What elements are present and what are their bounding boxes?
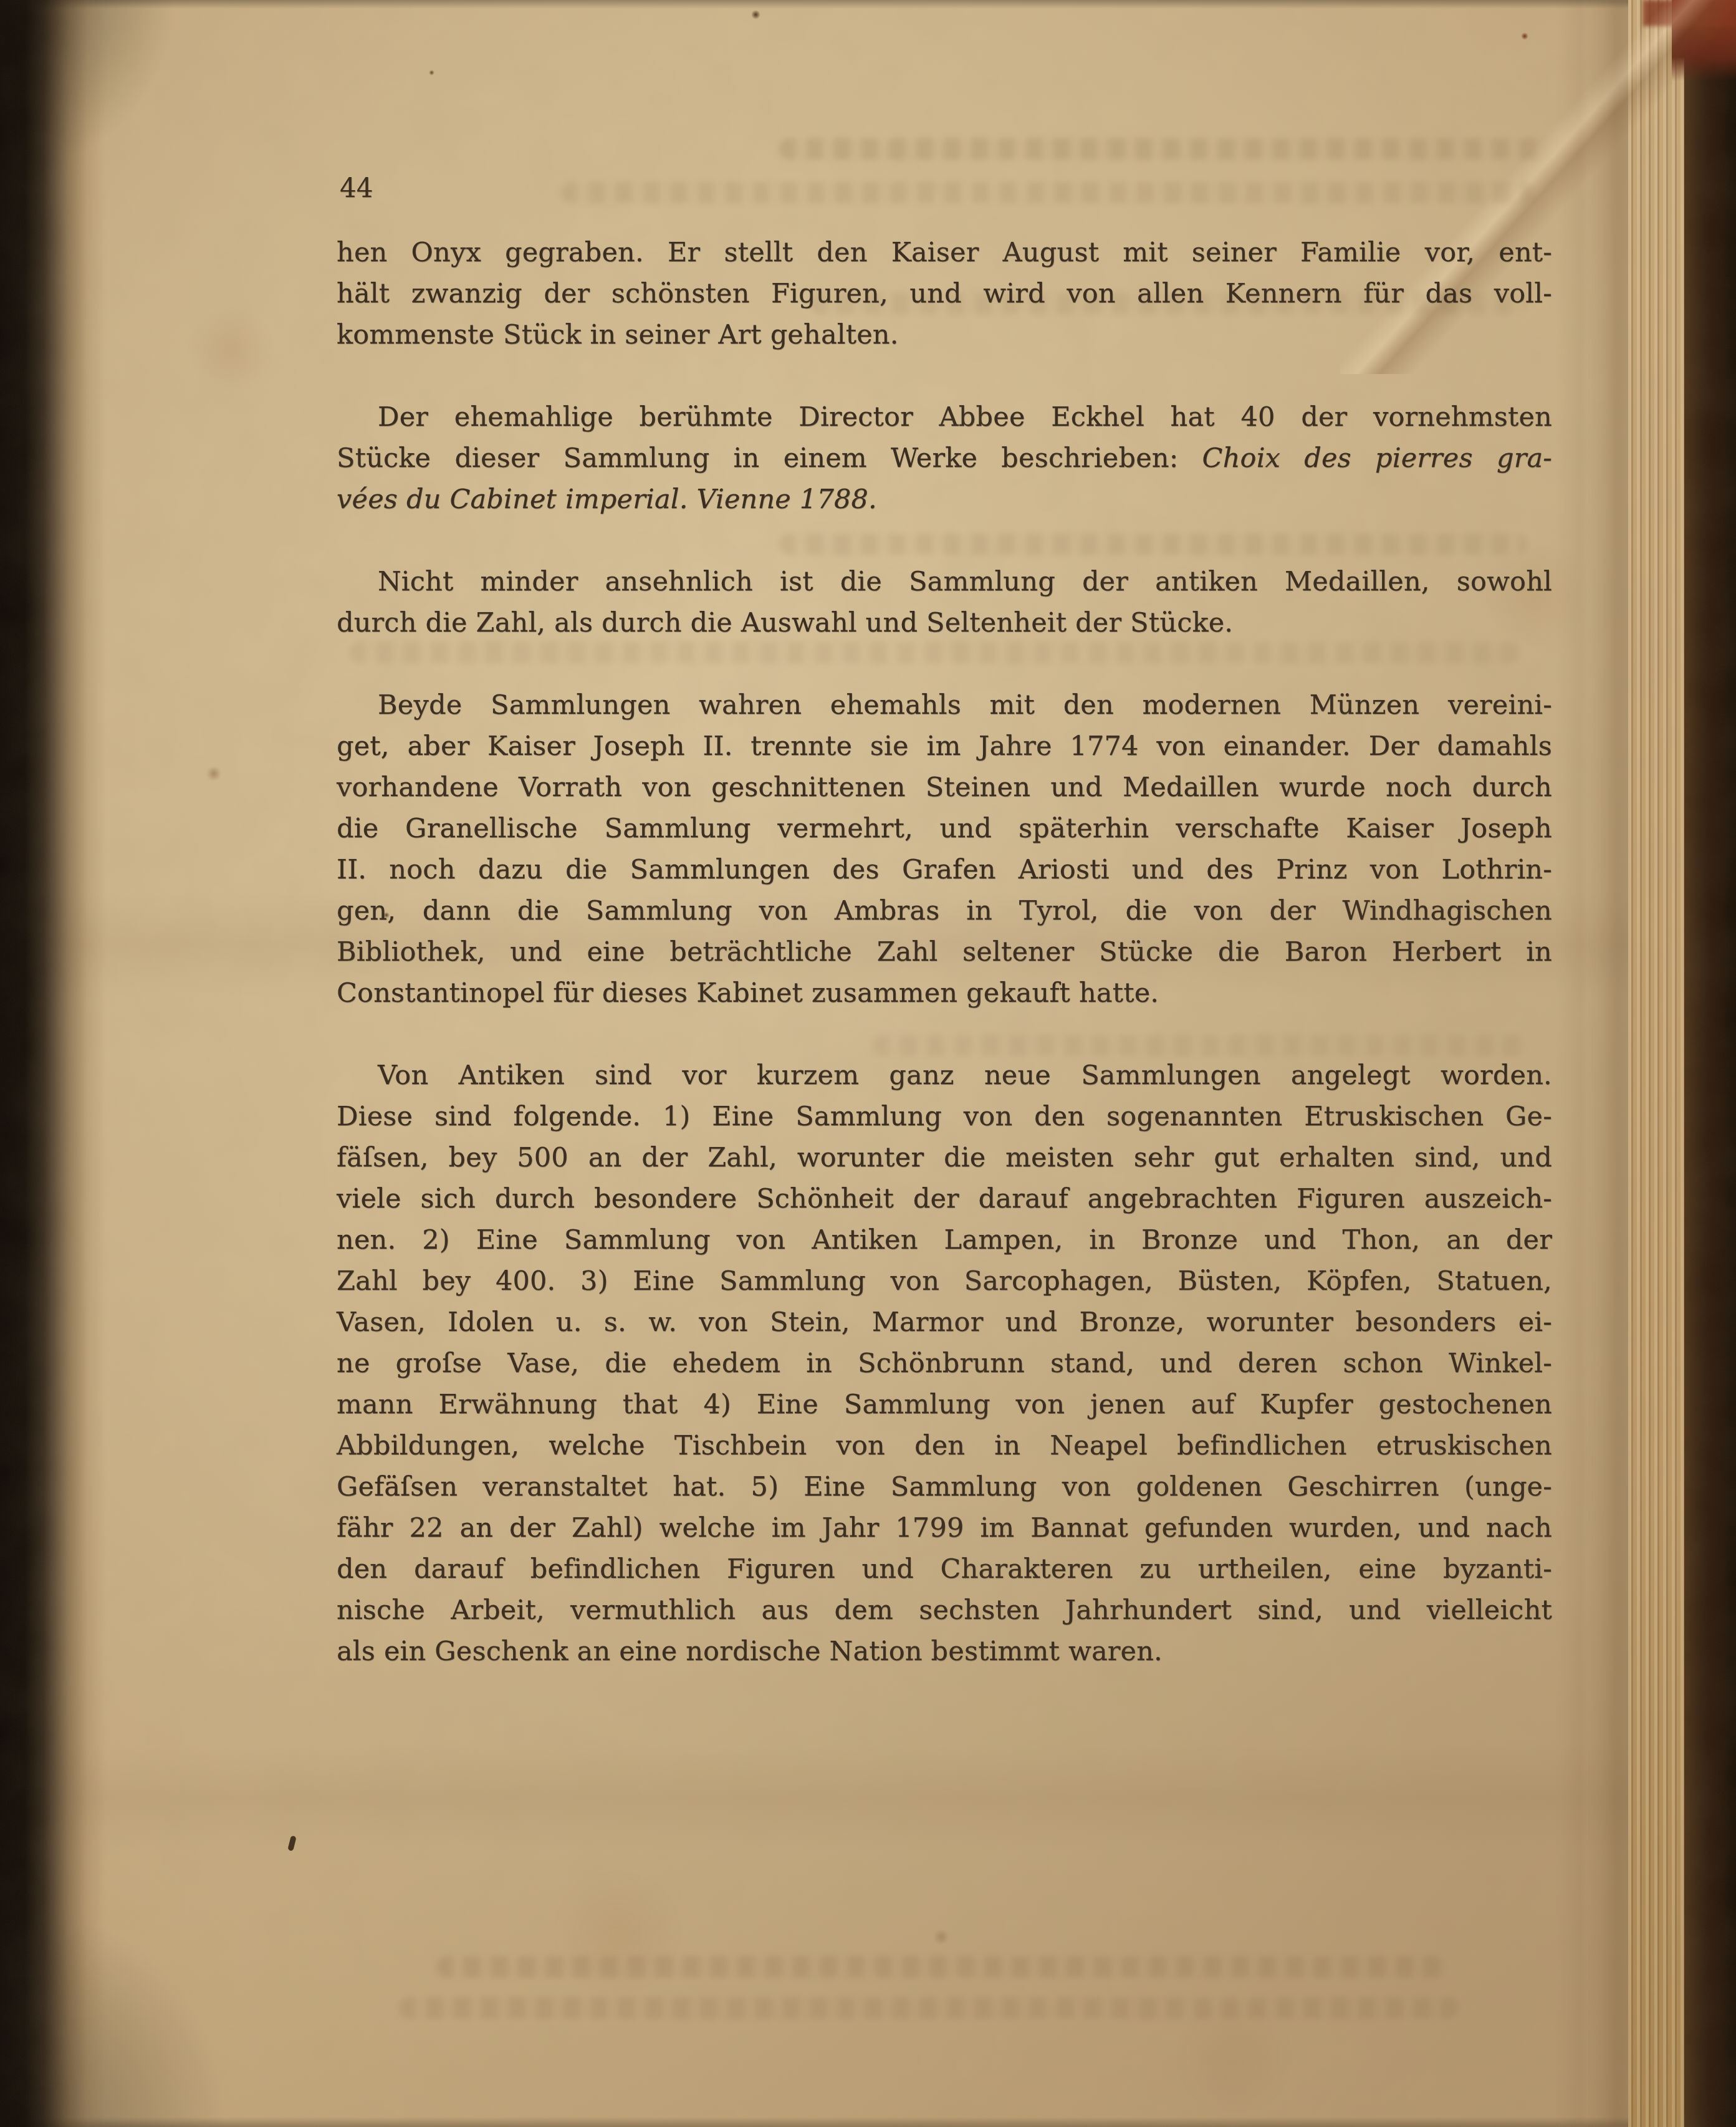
text-segment: als ein Geschenk an eine nordische Natio…: [337, 1636, 1163, 1667]
text-segment: Choix des pierres gra-: [1202, 443, 1552, 474]
text-segment: II. noch dazu die Sammlungen des Grafen …: [337, 854, 1552, 885]
text-segment: hen Onyx gegraben. Er stellt den Kaiser …: [337, 237, 1552, 268]
text-segment: Von Antiken sind vor kurzem ganz neue Sa…: [378, 1060, 1552, 1091]
paragraph: hen Onyx gegraben. Er stellt den Kaiser …: [337, 232, 1552, 355]
text-line: Von Antiken sind vor kurzem ganz neue Sa…: [337, 1055, 1552, 1096]
paragraph: Der ehemahlige berühmte Director Abbee E…: [337, 396, 1552, 520]
text-segment: Abbildungen, welche Tischbein von den in…: [337, 1430, 1552, 1461]
text-segment: hält zwanzig der schönsten Figuren, und …: [337, 278, 1552, 309]
foxing-patch: [1172, 2007, 1297, 2107]
book-cover-corner-red: [1643, 0, 1736, 26]
text-line: Nicht minder ansehnlich ist die Sammlung…: [337, 561, 1552, 602]
paragraph: Beyde Sammlungen wahren ehemahls mit den…: [337, 684, 1552, 1014]
ink-mark: [287, 1835, 297, 1851]
book-fore-edge-pages: [1628, 0, 1690, 2127]
text-segment: Beyde Sammlungen wahren ehemahls mit den…: [378, 689, 1552, 721]
book-gutter-shadow: [0, 0, 106, 2127]
text-segment: Nicht minder ansehnlich ist die Sammlung…: [378, 566, 1552, 597]
text-line: get, aber Kaiser Joseph II. trennte sie …: [337, 726, 1552, 767]
text-line: den darauf befindlichen Figuren und Char…: [337, 1548, 1552, 1590]
text-segment: kommenste Stück in seiner Art gehalten.: [337, 319, 899, 350]
text-line: Stücke dieser Sammlung in einem Werke be…: [337, 438, 1552, 479]
text-segment: nische Arbeit, vermuthlich aus dem sechs…: [337, 1595, 1552, 1626]
text-segment: fähr 22 an der Zahl) welche im Jahr 1799…: [337, 1512, 1552, 1544]
text-line: Bibliothek, und eine beträchtliche Zahl …: [337, 931, 1552, 972]
page-edge-shadow: [1588, 0, 1636, 2127]
paper-speck: [1521, 32, 1528, 40]
book-cover-corner-red: [1672, 0, 1736, 81]
page-fold-shadow: [1558, 0, 1602, 2127]
text-line: Gefäſsen veranstaltet hat. 5) Eine Samml…: [337, 1466, 1552, 1507]
text-line: Constantinopel für dieses Kabinet zusamm…: [337, 972, 1552, 1014]
text-line: nen. 2) Eine Sammlung von Antiken Lampen…: [337, 1219, 1552, 1260]
text-line: kommenste Stück in seiner Art gehalten.: [337, 314, 1552, 355]
paper-stain: [933, 1930, 950, 1944]
text-line: hält zwanzig der schönsten Figuren, und …: [337, 273, 1552, 314]
text-segment: die Granellische Sammlung vermehrt, und …: [337, 813, 1552, 844]
text-segment: mann Erwähnung that 4) Eine Sammlung von…: [337, 1389, 1552, 1420]
text-line: als ein Geschenk an eine nordische Natio…: [337, 1631, 1552, 1672]
text-segment: Zahl bey 400. 3) Eine Sammlung von Sarco…: [337, 1265, 1552, 1297]
bleedthrough-text-ghost: [561, 182, 1533, 203]
text-segment: Constantinopel für dieses Kabinet zusamm…: [337, 977, 1159, 1009]
paper-speck: [429, 70, 434, 75]
text-line: ne groſse Vase, die ehedem in Schönbrunn…: [337, 1343, 1552, 1384]
book-cover-edge: [1684, 0, 1736, 2127]
text-line: Vasen, Idolen u. s. w. von Stein, Marmor…: [337, 1302, 1552, 1343]
text-segment: Bibliothek, und eine beträchtliche Zahl …: [337, 936, 1552, 967]
text-line: gen, dann die Sammlung von Ambras in Tyr…: [337, 890, 1552, 931]
text-line: vorhandene Vorrath von geschnittenen Ste…: [337, 767, 1552, 808]
foxing-patch: [187, 312, 274, 387]
text-line: fäſsen, bey 500 an der Zahl, worunter di…: [337, 1137, 1552, 1178]
text-line: die Granellische Sammlung vermehrt, und …: [337, 808, 1552, 849]
text-block: hen Onyx gegraben. Er stellt den Kaiser …: [337, 232, 1552, 1672]
bleedthrough-text-ghost: [779, 138, 1546, 160]
paper-stain: [206, 767, 222, 780]
text-segment: durch die Zahl, als durch die Auswahl un…: [337, 607, 1233, 638]
text-segment: viele sich durch besondere Schönheit der…: [337, 1183, 1552, 1214]
text-line: Der ehemahlige berühmte Director Abbee E…: [337, 396, 1552, 438]
paper-speck: [751, 10, 760, 19]
text-line: Beyde Sammlungen wahren ehemahls mit den…: [337, 684, 1552, 726]
text-line: II. noch dazu die Sammlungen des Grafen …: [337, 849, 1552, 890]
text-line: nische Arbeit, vermuthlich aus dem sechs…: [337, 1590, 1552, 1631]
bleedthrough-text-ghost: [399, 1997, 1459, 2019]
text-line: durch die Zahl, als durch die Auswahl un…: [337, 602, 1552, 643]
text-line: viele sich durch besondere Schönheit der…: [337, 1178, 1552, 1219]
text-segment: Vasen, Idolen u. s. w. von Stein, Marmor…: [337, 1307, 1552, 1338]
text-line: Diese sind folgende. 1) Eine Sammlung vo…: [337, 1096, 1552, 1137]
bleedthrough-text-ghost: [436, 1956, 1446, 1977]
paper-undulation-shadow: [0, 1745, 1736, 1851]
text-line: fähr 22 an der Zahl) welche im Jahr 1799…: [337, 1507, 1552, 1548]
paragraph: Von Antiken sind vor kurzem ganz neue Sa…: [337, 1055, 1552, 1672]
book-page-scan: 44 hen Onyx gegraben. Er stellt den Kais…: [0, 0, 1736, 2127]
text-line: Zahl bey 400. 3) Eine Sammlung von Sarco…: [337, 1260, 1552, 1302]
text-segment: den darauf befindlichen Figuren und Char…: [337, 1553, 1552, 1585]
page-number: 44: [340, 175, 373, 202]
text-segment: Gefäſsen veranstaltet hat. 5) Eine Samml…: [337, 1471, 1552, 1502]
text-segment: Der ehemahlige berühmte Director Abbee E…: [378, 401, 1552, 433]
paragraph: Nicht minder ansehnlich ist die Sammlung…: [337, 561, 1552, 643]
text-segment: Diese sind folgende. 1) Eine Sammlung vo…: [337, 1101, 1552, 1132]
text-segment: get, aber Kaiser Joseph II. trennte sie …: [337, 731, 1552, 762]
text-segment: nen. 2) Eine Sammlung von Antiken Lampen…: [337, 1224, 1552, 1256]
text-line: mann Erwähnung that 4) Eine Sammlung von…: [337, 1384, 1552, 1425]
text-line: Abbildungen, welche Tischbein von den in…: [337, 1425, 1552, 1466]
text-segment: Stücke dieser Sammlung in einem Werke be…: [337, 443, 1202, 474]
text-segment: vées du Cabinet imperial. Vienne 1788.: [337, 484, 877, 515]
text-segment: vorhandene Vorrath von geschnittenen Ste…: [337, 772, 1552, 803]
text-line: vées du Cabinet imperial. Vienne 1788.: [337, 479, 1552, 520]
text-segment: fäſsen, bey 500 an der Zahl, worunter di…: [337, 1142, 1552, 1173]
text-segment: gen, dann die Sammlung von Ambras in Tyr…: [337, 895, 1552, 926]
text-segment: ne groſse Vase, die ehedem in Schönbrunn…: [337, 1348, 1552, 1379]
text-line: hen Onyx gegraben. Er stellt den Kaiser …: [337, 232, 1552, 273]
foxing-patch: [549, 1876, 686, 1989]
